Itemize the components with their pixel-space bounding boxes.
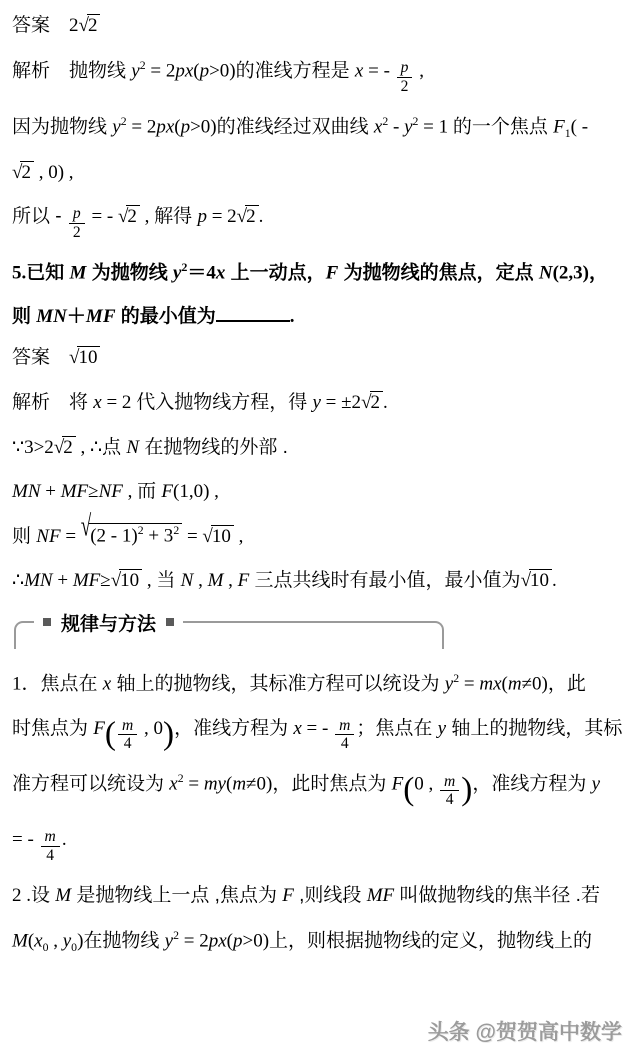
square-bullet-icon	[43, 618, 51, 626]
math-run: 2	[88, 15, 98, 36]
math-run: ≠0)	[246, 774, 272, 795]
math-run: = 2	[146, 60, 176, 81]
watermark: 头条 @贺贺高中数学	[428, 1016, 622, 1046]
math-run: , 0	[139, 718, 163, 739]
math-variable: px	[209, 930, 227, 951]
text-run: 解析 将	[12, 392, 93, 413]
text-run: 的最小值为	[116, 306, 216, 327]
math-run: = 2	[127, 116, 157, 137]
text-run: 轴上的抛物线，其标	[446, 718, 622, 739]
math-run: ,	[123, 481, 137, 502]
math-variable: y	[438, 718, 446, 739]
math-run: ≥	[88, 481, 98, 502]
math-variable: F	[392, 774, 404, 795]
text-run: 的准线方程是	[236, 60, 355, 81]
text-run: 因为抛物线	[12, 116, 112, 137]
sqrt-radical: √2	[79, 15, 101, 36]
radicand: 2	[245, 205, 259, 227]
math-run: ∴	[12, 570, 24, 591]
radical-sign-icon: √	[54, 437, 62, 458]
text-run: 的一个焦点	[453, 116, 553, 137]
fraction-denominator: 4	[440, 791, 459, 809]
text-run: 上，则根据抛物线的定义，抛物线上的	[269, 930, 592, 951]
math-run: ,	[142, 570, 156, 591]
radicand: 10	[211, 525, 234, 547]
math-variable: M	[208, 570, 224, 591]
math-variable: MN	[12, 481, 41, 502]
math-variable: M	[12, 930, 28, 951]
rule-2-line-1: 2 .设 M 是抛物线上一点 ,焦点为 F ,则线段 MF 叫做抛物线的焦半径 …	[12, 882, 624, 910]
math-run: (2,3)	[553, 262, 589, 283]
math-variable: my	[204, 774, 226, 795]
math-run: = 2	[207, 206, 237, 227]
text-run: 的准线经过双曲线	[217, 116, 374, 137]
big-paren: (	[105, 715, 116, 752]
fraction-denominator: 2	[69, 224, 85, 242]
fraction-denominator: 4	[118, 735, 137, 753]
rule-2-line-2: M(x0 , y0)在抛物线 y2 = 2px(p>0)上，则根据抛物线的定义，…	[12, 927, 624, 956]
radicand: 2	[62, 436, 76, 458]
analysis-5-line-4: 则 NF = √(2 - 1)2 + 32 = √10 ,	[12, 523, 624, 551]
analysis-5-line-5: ∴MN + MF≥√10 , 当 N , M , F 三点共线时有最小值，最小值…	[12, 567, 624, 595]
text-run: ；焦点在	[356, 718, 437, 739]
math-run: 2	[21, 162, 31, 183]
math-run: +	[41, 481, 61, 502]
radical-sign-icon: √	[521, 570, 529, 591]
math-variable: F	[238, 570, 250, 591]
radicand: 10	[77, 346, 100, 368]
math-run: .	[259, 206, 264, 227]
text-run: 所以 -	[12, 206, 67, 227]
math-run: ＝4	[187, 262, 216, 283]
fraction: p2	[69, 205, 85, 242]
math-variable: p	[181, 116, 191, 137]
sqrt-radical: √2	[118, 206, 140, 227]
math-run: ,	[414, 60, 424, 81]
document-page: 答案 2√2解析 抛物线 y2 = 2px(p>0)的准线方程是 x = - p…	[0, 0, 640, 1052]
math-variable: y	[165, 930, 173, 951]
math-run: =	[184, 774, 204, 795]
big-paren: )	[163, 715, 174, 752]
math-run: (2 - 1)	[90, 526, 137, 547]
math-run: +	[53, 570, 73, 591]
fraction-numerator: m	[440, 773, 459, 792]
math-variable: M	[55, 885, 71, 906]
text-run: 三点共线时有最小值，最小值为	[249, 570, 520, 591]
math-run: .	[552, 570, 557, 591]
math-variable: N	[126, 437, 139, 458]
math-variable: y	[131, 60, 139, 81]
math-run: 10	[530, 570, 549, 591]
fraction-denominator: 4	[335, 735, 354, 753]
text-run: 而	[137, 481, 161, 502]
rule-1-line-2: 时焦点为 F(m4 , 0)，准线方程为 x = - m4；焦点在 y 轴上的抛…	[12, 715, 624, 754]
math-variable: x	[34, 930, 42, 951]
fraction: p2	[397, 59, 413, 96]
fraction-numerator: m	[41, 828, 60, 847]
radical-sign-icon: √	[202, 526, 210, 547]
text-run: 已知	[26, 262, 69, 283]
math-variable: F	[553, 116, 565, 137]
math-run: = 2	[179, 930, 209, 951]
math-variable: MN	[36, 306, 67, 327]
math-variable: x	[216, 262, 226, 283]
math-run: 2	[371, 392, 381, 413]
rule-1-line-3: 准方程可以统设为 x2 = my(m≠0)，此时焦点为 F(0 , m4)，准线…	[12, 770, 624, 809]
fraction: m4	[335, 717, 354, 754]
text-run: 是抛物线上一点 ,焦点为	[71, 885, 282, 906]
radicand: 2	[370, 391, 384, 413]
sqrt-radical: √2	[12, 162, 34, 183]
math-variable: F	[93, 718, 105, 739]
answer-blank	[216, 301, 290, 322]
math-variable: m	[508, 673, 522, 694]
analysis-4-line-2: 因为抛物线 y2 = 2px(p>0)的准线经过双曲线 x2 - y2 = 1 …	[12, 113, 624, 142]
text-run: 在抛物线	[83, 930, 164, 951]
math-run: = 2	[102, 392, 136, 413]
text-run: 时焦点为	[12, 718, 93, 739]
math-run: -	[388, 116, 404, 137]
math-run: ∵3>2	[12, 437, 54, 458]
radicand: (2 - 1)2 + 32	[89, 523, 182, 547]
sqrt-radical: √10	[69, 347, 100, 368]
text-run: 设	[31, 885, 55, 906]
radicand: 2	[87, 14, 101, 36]
fraction-denominator: 4	[41, 847, 60, 865]
text-run: 当	[156, 570, 180, 591]
math-run: ＋	[67, 306, 86, 327]
text-run: 为抛物线的焦点，定点	[338, 262, 539, 283]
superscript: 2	[173, 524, 179, 537]
math-run: ( -	[571, 116, 588, 137]
rules-header-label: 规律与方法	[34, 612, 183, 633]
text-run: ,则线段	[294, 885, 367, 906]
fraction-numerator: m	[335, 717, 354, 736]
math-variable: F	[326, 262, 339, 283]
math-run: (1,0) ,	[173, 481, 219, 502]
math-run: = -	[87, 206, 118, 227]
math-variable: x	[103, 673, 111, 694]
math-variable: x	[293, 718, 301, 739]
radical-sign-icon: √	[237, 206, 245, 227]
math-run: = ±2	[321, 392, 361, 413]
math-variable: NF	[36, 526, 60, 547]
text-run: 解得	[154, 206, 197, 227]
radicand: 2	[20, 161, 34, 183]
math-variable: y	[112, 116, 120, 137]
rule-1-line-4: = - m4.	[12, 826, 624, 865]
text-run: 答案	[12, 15, 69, 36]
text-run: 则	[12, 526, 36, 547]
text-run: 上一动点，	[225, 262, 325, 283]
sqrt-radical: √2	[54, 437, 76, 458]
text-run: 在抛物线的外部 .	[139, 437, 288, 458]
math-variable: m	[232, 774, 246, 795]
text-run: ，准线方程为	[472, 774, 591, 795]
sqrt-radical: √2	[237, 206, 259, 227]
math-run: 2	[127, 206, 137, 227]
radicand: 10	[119, 569, 142, 591]
math-run: .	[383, 392, 388, 413]
fraction-numerator: m	[118, 717, 137, 736]
math-variable: mx	[479, 673, 501, 694]
math-run: ,	[234, 526, 244, 547]
answer-5: 答案 √10	[12, 344, 624, 372]
math-run: .	[290, 306, 295, 327]
text-run: ，准线方程为	[174, 718, 293, 739]
math-run: ,	[140, 206, 154, 227]
text-run: 焦点在	[41, 673, 103, 694]
text-run: 答案	[12, 347, 69, 368]
math-variable: MF	[86, 306, 116, 327]
math-variable: N	[539, 262, 553, 283]
math-run: .	[62, 829, 67, 850]
question-5-line-2: 则 MN＋MF 的最小值为.	[12, 301, 624, 331]
math-run: =	[459, 673, 479, 694]
text-run: 代入抛物线方程，得	[136, 392, 312, 413]
radical-sign-icon: √	[111, 570, 119, 591]
radical-sign-icon: √	[12, 162, 20, 183]
math-variable: p	[197, 206, 207, 227]
rule-1-line-1: 1．焦点在 x 轴上的抛物线，其标准方程可以统设为 y2 = mx(m≠0)，此	[12, 670, 624, 698]
math-variable: M	[70, 262, 87, 283]
math-run: 1．	[12, 673, 41, 694]
text-run: 轴上的抛物线，其标准方程可以统设为	[111, 673, 445, 694]
math-run: 0 ,	[414, 774, 438, 795]
math-run: 10	[78, 347, 97, 368]
math-run: = 1	[418, 116, 452, 137]
math-variable: p	[200, 60, 210, 81]
radicand: 10	[529, 569, 552, 591]
fraction-numerator: p	[69, 205, 85, 224]
math-run: = -	[363, 60, 394, 81]
big-paren: (	[403, 771, 414, 808]
text-run: 叫做抛物线的焦半径 .若	[394, 885, 600, 906]
fraction-denominator: 2	[397, 78, 413, 96]
math-run: 2 .	[12, 885, 31, 906]
math-variable: F	[282, 885, 294, 906]
math-variable: F	[161, 481, 173, 502]
math-run: ,	[193, 570, 207, 591]
text-run: 准方程可以统设为	[12, 774, 169, 795]
math-run: =	[61, 526, 81, 547]
math-run: >0)	[209, 60, 236, 81]
math-variable: y	[445, 673, 453, 694]
math-variable: y	[404, 116, 412, 137]
math-run: ≠0)	[522, 673, 548, 694]
math-run: = -	[12, 829, 39, 850]
analysis-5-line-3: MN + MF≥NF , 而 F(1,0) ,	[12, 478, 624, 506]
text-run: ，此时焦点为	[272, 774, 391, 795]
math-variable: y	[312, 392, 320, 413]
big-paren: )	[461, 771, 472, 808]
document-body: 答案 2√2解析 抛物线 y2 = 2px(p>0)的准线方程是 x = - p…	[12, 12, 624, 956]
math-run: 5.	[12, 262, 26, 283]
math-variable: px	[175, 60, 193, 81]
text-run: 则	[12, 306, 36, 327]
analysis-5-line-2: ∵3>2√2 , ∴点 N 在抛物线的外部 .	[12, 434, 624, 462]
text-run: 点	[102, 437, 126, 458]
sqrt-radical: √10	[202, 526, 233, 547]
rules-header-title: 规律与方法	[61, 609, 156, 636]
fraction-numerator: p	[397, 59, 413, 78]
math-run: = -	[302, 718, 333, 739]
text-run: 解析 抛物线	[12, 60, 131, 81]
math-run: >0)	[190, 116, 217, 137]
square-bullet-icon	[166, 618, 174, 626]
radicand: 2	[126, 205, 140, 227]
math-run: =	[182, 526, 202, 547]
math-run: 10	[120, 570, 139, 591]
math-run: ,	[48, 930, 62, 951]
math-variable: NF	[99, 481, 123, 502]
math-variable: MF	[367, 885, 394, 906]
math-variable: N	[181, 570, 194, 591]
rules-and-methods-header: 规律与方法	[12, 612, 624, 654]
radical-sign-icon: √	[79, 15, 87, 36]
math-run: ≥	[100, 570, 110, 591]
text-run: 为抛物线	[86, 262, 173, 283]
math-run: , ∴	[76, 437, 102, 458]
radical-sign-icon: √	[69, 347, 77, 368]
math-variable: x	[169, 774, 177, 795]
analysis-4-line-1: 解析 抛物线 y2 = 2px(p>0)的准线方程是 x = - p2 ,	[12, 57, 624, 96]
math-run: , 0) ,	[34, 162, 74, 183]
math-variable: MN	[24, 570, 53, 591]
math-variable: y	[592, 774, 600, 795]
fraction: m4	[41, 828, 60, 865]
math-variable: x	[93, 392, 101, 413]
math-variable: MF	[61, 481, 88, 502]
math-run: 10	[212, 526, 231, 547]
math-run: 2	[69, 15, 79, 36]
sqrt-radical: √10	[111, 570, 142, 591]
radical-sign-icon: √	[118, 206, 126, 227]
math-run: ,	[223, 570, 237, 591]
sqrt-radical: √2	[361, 392, 383, 413]
math-run: 2	[246, 206, 256, 227]
math-run: + 3	[144, 526, 174, 547]
analysis-4-line-3: √2 , 0) ,	[12, 159, 624, 187]
question-5-line-1: 5.已知 M 为抛物线 y2＝4x 上一动点，F 为抛物线的焦点，定点 N(2,…	[12, 259, 624, 287]
math-variable: MF	[73, 570, 100, 591]
radical-sign-icon: √	[361, 392, 369, 413]
math-run: 2	[63, 437, 73, 458]
fraction: m4	[118, 717, 137, 754]
analysis-5-line-1: 解析 将 x = 2 代入抛物线方程，得 y = ±2√2.	[12, 389, 624, 417]
math-run: >0)	[242, 930, 269, 951]
text-run: ，	[589, 262, 608, 283]
sqrt-radical: √10	[521, 570, 552, 591]
fraction: m4	[440, 773, 459, 810]
answer-4: 答案 2√2	[12, 12, 624, 40]
text-run: ，此	[548, 673, 586, 694]
radical-sign-icon: √	[81, 506, 89, 549]
sqrt-radical: √(2 - 1)2 + 32	[81, 526, 182, 547]
analysis-4-line-4: 所以 - p2 = - √2 , 解得 p = 2√2.	[12, 203, 624, 242]
math-variable: y	[63, 930, 71, 951]
math-variable: px	[156, 116, 174, 137]
